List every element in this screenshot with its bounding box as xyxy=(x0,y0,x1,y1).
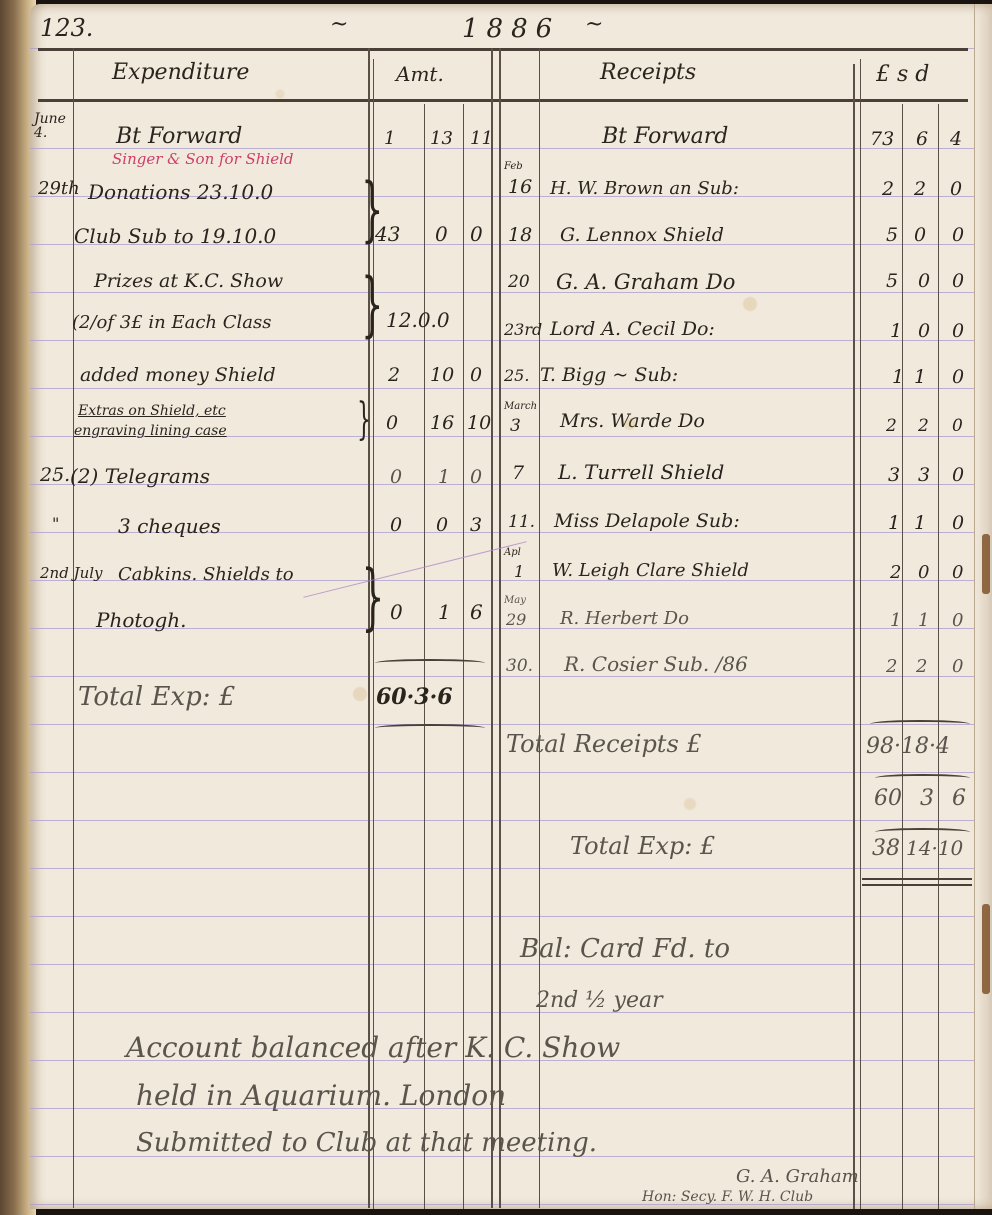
memo-line3: Submitted to Club at that meeting. xyxy=(136,1130,597,1156)
rec-pounds: 5 xyxy=(886,226,898,245)
ruled-line xyxy=(30,1012,974,1013)
rec-shillings: 1 xyxy=(918,612,929,630)
exp-pence: 6 xyxy=(470,602,483,622)
rec-pounds: 2 xyxy=(886,418,897,435)
balance-label: Total Exp: £ xyxy=(570,834,715,858)
exp-total-label: Total Exp: £ xyxy=(78,684,235,710)
rec-pounds: 3 xyxy=(888,466,900,485)
signature-title: Hon: Secy. F. W. H. Club xyxy=(642,1190,813,1204)
exp-date: June 4. xyxy=(34,112,64,140)
rec-pounds: 1 xyxy=(890,322,902,341)
exp-desc: 3 cheques xyxy=(118,516,221,536)
rec-pence: 0 xyxy=(952,226,964,245)
less-exp-pence: 6 xyxy=(952,788,966,810)
page-number: 123. xyxy=(40,16,93,40)
rec-month: May xyxy=(504,596,526,606)
memo-line2: held in Aquarium. London xyxy=(136,1082,506,1110)
rec-date: 3 xyxy=(510,418,521,435)
col-rec-shillings xyxy=(902,104,903,1209)
rec-date: 23rd xyxy=(504,322,542,338)
year-flourish-right: ~ xyxy=(585,14,603,36)
violet-pencil-mark xyxy=(303,541,526,598)
header-amount: Amt. xyxy=(396,64,444,84)
exp-desc: Photogh. xyxy=(96,610,187,630)
rec-shillings: 0 xyxy=(914,226,926,245)
margin-line xyxy=(73,48,74,1208)
rec-pence: 0 xyxy=(952,514,964,533)
carried-forward-line1: Bal: Card Fd. to xyxy=(520,936,730,962)
rec-shillings: 2 xyxy=(914,180,926,199)
exp-pence: 0 xyxy=(470,468,482,487)
total-underline xyxy=(875,828,970,836)
rec-desc: Bt Forward xyxy=(602,126,728,148)
rec-date: 18 xyxy=(508,226,532,245)
exp-desc: added money Shield xyxy=(80,366,276,385)
rec-pence: 0 xyxy=(952,368,964,387)
ledger-page: 123. ~ 1886 ~ Expenditure Amt. Receipts … xyxy=(30,4,992,1209)
balance-pounds: 38 xyxy=(872,838,900,860)
rec-desc: W. Leigh Clare Shield xyxy=(552,562,749,580)
ruled-line xyxy=(30,388,974,389)
exp-pounds: 0 xyxy=(390,516,402,535)
rec-shillings: 0 xyxy=(918,564,929,582)
rec-month: Apl xyxy=(504,548,521,558)
rec-pence: 0 xyxy=(950,180,962,199)
exp-pounds: 0 xyxy=(386,414,398,433)
exp-pence: 3 xyxy=(470,516,482,535)
rec-shillings: 1 xyxy=(914,514,926,533)
exp-shillings: 0 xyxy=(436,516,448,535)
header-expenditure: Expenditure xyxy=(112,62,249,84)
rec-date: 29 xyxy=(506,612,526,628)
rec-shillings: 6 xyxy=(916,130,928,149)
exp-total-amount: 60·3·6 xyxy=(376,686,453,708)
rec-date: 1 xyxy=(514,564,524,580)
rec-desc: H. W. Brown an Sub: xyxy=(550,180,739,198)
exp-desc: engraving lining case xyxy=(74,424,227,438)
exp-pence: 11 xyxy=(470,130,493,148)
exp-desc: Prizes at K.C. Show xyxy=(94,272,283,291)
ruled-line xyxy=(30,1204,974,1205)
rec-shillings: 0 xyxy=(918,272,930,291)
ruled-line xyxy=(30,916,974,917)
rec-desc: T. Bigg ~ Sub: xyxy=(540,366,678,385)
rec-date: 11. xyxy=(508,514,535,531)
rec-desc: R. Cosier Sub. /86 xyxy=(564,654,748,674)
rec-pence: 0 xyxy=(952,322,964,341)
rust-mark xyxy=(982,534,990,594)
ruled-line xyxy=(30,676,974,677)
rec-pounds: 2 xyxy=(890,564,901,582)
less-exp-shillings: 3 xyxy=(920,788,934,810)
rec-pounds: 1 xyxy=(890,612,901,630)
ruled-line xyxy=(30,724,974,725)
rec-date: 25. xyxy=(504,368,529,384)
col-rec-desc-end xyxy=(853,64,855,1209)
rec-pounds: 2 xyxy=(886,658,897,676)
rec-pounds: 1 xyxy=(892,368,904,387)
rec-pence: 0 xyxy=(952,658,963,676)
header-receipts: Receipts xyxy=(600,62,696,84)
exp-desc: Donations 23.10.0 xyxy=(88,182,273,202)
ruled-line xyxy=(30,820,974,821)
rec-shillings: 2 xyxy=(918,418,929,435)
exp-pence: 10 xyxy=(467,414,491,433)
rec-date: 7 xyxy=(512,464,524,483)
exp-desc: Extras on Shield, etc xyxy=(78,404,226,418)
rec-desc: Miss Delapole Sub: xyxy=(554,512,740,531)
total-overline xyxy=(870,720,970,728)
ruled-line xyxy=(30,772,974,773)
total-underline xyxy=(875,774,970,782)
balance-shillings-pence: 14·10 xyxy=(906,838,963,858)
exp-desc: Club Sub to 19.10.0 xyxy=(74,226,276,246)
rec-desc: Lord A. Cecil Do: xyxy=(550,320,715,339)
rec-desc: L. Turrell Shield xyxy=(558,462,724,482)
exp-desc: (2/of 3£ in Each Class xyxy=(72,314,271,332)
rec-pounds: 5 xyxy=(886,272,898,291)
ruled-line xyxy=(30,868,974,869)
exp-pence: 0 xyxy=(470,224,483,244)
exp-amount: 12.0.0 xyxy=(386,310,450,330)
rec-shillings: 3 xyxy=(918,466,930,485)
balance-double-underline xyxy=(862,878,972,886)
rec-desc: G. Lennox Shield xyxy=(560,226,724,245)
rec-pence: 0 xyxy=(952,612,963,630)
rust-mark xyxy=(982,904,990,994)
exp-date: 29th xyxy=(38,180,80,198)
header-top-rule xyxy=(38,48,968,51)
exp-pounds: 0 xyxy=(390,602,403,622)
exp-pounds: 1 xyxy=(384,130,395,148)
col-rec-desc-end-2 xyxy=(860,59,861,1209)
rec-month: Feb xyxy=(504,162,523,172)
exp-shillings: 1 xyxy=(438,602,451,622)
exp-pence: 0 xyxy=(470,366,482,385)
ruled-line xyxy=(30,340,974,341)
exp-shillings: 1 xyxy=(438,468,450,487)
ruled-line xyxy=(30,964,974,965)
rec-pence: 0 xyxy=(952,564,963,582)
brace-icon: } xyxy=(361,269,383,339)
rec-pence: 0 xyxy=(952,466,964,485)
exp-shillings: 10 xyxy=(430,366,454,385)
header-lsd: £ s d xyxy=(876,64,929,86)
rec-pence: 0 xyxy=(952,272,964,291)
memo-line1: Account balanced after K. C. Show xyxy=(126,1034,620,1062)
signature: G. A. Graham xyxy=(736,1168,859,1186)
ruled-line xyxy=(30,292,974,293)
exp-pounds: 2 xyxy=(388,366,400,385)
rec-desc: R. Herbert Do xyxy=(560,610,689,628)
total-underline xyxy=(375,659,485,667)
rec-pounds: 2 xyxy=(882,180,894,199)
exp-desc: Bt Forward xyxy=(116,126,242,148)
rec-month: March xyxy=(504,402,537,412)
exp-desc: (2) Telegrams xyxy=(70,466,210,486)
exp-date: " xyxy=(52,516,59,532)
rec-date: 30. xyxy=(506,658,533,675)
brace-icon: } xyxy=(361,560,384,632)
rec-pounds: 1 xyxy=(888,514,900,533)
year-flourish-left: ~ xyxy=(330,14,348,36)
year: 1886 xyxy=(462,16,560,42)
brace-icon: } xyxy=(357,398,371,442)
exp-red-note: Singer & Son for Shield xyxy=(112,152,294,167)
exp-pounds: 43 xyxy=(375,224,400,244)
rec-pence: 0 xyxy=(952,418,963,435)
exp-desc: Cabkins. Shields to xyxy=(118,566,294,584)
exp-shillings: 16 xyxy=(430,414,454,433)
exp-shillings: 13 xyxy=(430,130,453,148)
rec-desc: G. A. Graham Do xyxy=(556,272,735,293)
rec-date: 20 xyxy=(508,274,530,291)
rec-pounds: 73 xyxy=(870,130,894,149)
exp-date: 25. xyxy=(40,466,70,485)
rec-shillings: 2 xyxy=(916,658,927,676)
header-bottom-rule xyxy=(38,99,968,102)
exp-date: 2nd July xyxy=(40,566,103,581)
rec-desc: Mrs. Warde Do xyxy=(560,412,705,431)
rec-pence: 4 xyxy=(950,130,962,149)
rec-total-amount: 98·18·4 xyxy=(866,736,950,758)
total-underline xyxy=(375,724,485,732)
rec-shillings: 1 xyxy=(914,368,926,387)
carried-forward-line2: 2nd ½ year xyxy=(536,990,663,1012)
rec-total-label: Total Receipts £ xyxy=(506,732,702,756)
exp-pounds: 0 xyxy=(390,468,402,487)
rec-date: 16 xyxy=(508,178,532,197)
page-right-edge xyxy=(974,4,975,1209)
less-exp-pounds: 60 xyxy=(874,788,902,810)
rec-shillings: 0 xyxy=(918,322,930,341)
exp-shillings: 0 xyxy=(435,224,448,244)
col-rec-pence xyxy=(938,104,939,1209)
